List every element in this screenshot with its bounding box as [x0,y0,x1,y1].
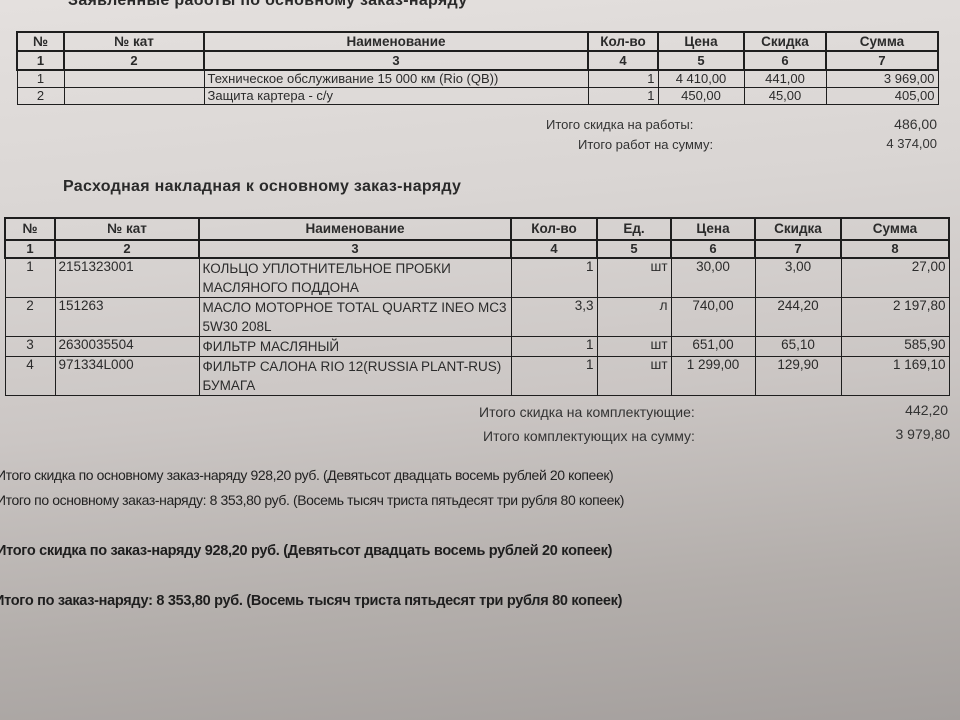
cell-unit: шт [597,258,671,298]
parts-discount-total-label: Итого скидка на комплектующие: [479,404,695,420]
parts-table: № № кат Наименование Кол-во Ед. Цена Ски… [4,217,950,396]
col-number: 6 [744,51,826,70]
main-order-discount-total: Итого скидка по основному заказ-наряду 9… [0,467,613,483]
works-table: № № кат Наименование Кол-во Цена Скидка … [16,31,939,105]
col-number: 2 [64,51,204,70]
col-number: 3 [204,51,588,70]
cell-qty: 1 [511,357,597,396]
parts-sum-total-label: Итого комплектующих на сумму: [483,428,695,444]
works-sum-total-value: 4 374,00 [886,136,937,151]
parts-section-title: Расходная накладная к основному заказ-на… [63,178,461,196]
cell-no: 1 [5,258,55,298]
col-header-name: Наименование [199,218,511,240]
table-row: 1 Техническое обслуживание 15 000 км (Ri… [17,70,938,88]
cell-sum: 405,00 [826,88,938,105]
cell-discount: 65,10 [755,337,841,357]
table-row: 4 971334L000 ФИЛЬТР САЛОНА RIO 12(RUSSIA… [5,357,949,396]
cell-sum: 2 197,80 [841,298,949,337]
col-header-no: № [5,218,55,240]
cell-cat: 151263 [55,298,199,337]
order-discount-total: Итого скидка по заказ-наряду 928,20 руб.… [0,543,612,559]
col-number: 6 [671,240,755,258]
col-number: 5 [658,51,744,70]
cell-qty: 3,3 [511,298,597,337]
col-number: 3 [199,240,511,258]
col-number: 7 [755,240,841,258]
col-header-price: Цена [671,218,755,240]
cell-cat: 2630035504 [55,337,199,357]
cell-no: 4 [5,357,55,396]
table-row: 2 Защита картера - с/у 1 450,00 45,00 40… [17,88,938,105]
col-number: 8 [841,240,949,258]
cell-qty: 1 [511,258,597,298]
cell-discount: 441,00 [744,70,826,88]
col-header-qty: Кол-во [511,218,597,240]
col-number: 2 [55,240,199,258]
cell-sum: 1 169,10 [841,357,949,396]
cell-unit: л [597,298,671,337]
works-sum-total-label: Итого работ на сумму: [578,137,713,152]
col-header-qty: Кол-во [588,32,658,51]
col-number: 1 [17,51,64,70]
cell-name: Техническое обслуживание 15 000 км (Rio … [204,70,588,88]
parts-sum-total-value: 3 979,80 [896,426,951,442]
col-header-name: Наименование [204,32,588,51]
order-grand-total: Итого по заказ-наряду: 8 353,80 руб. (Во… [0,593,622,609]
cell-discount: 3,00 [755,258,841,298]
parts-discount-total-value: 442,20 [905,402,948,418]
col-header-cat: № кат [55,218,199,240]
cell-name: ФИЛЬТР МАСЛЯНЫЙ [199,337,511,357]
cell-name: ФИЛЬТР САЛОНА RIO 12(RUSSIA PLANT-RUS) Б… [199,357,511,396]
cell-qty: 1 [588,70,658,88]
cell-sum: 27,00 [841,258,949,298]
works-table-column-numbers: 1 2 3 4 5 6 7 [17,51,938,70]
parts-table-header: № № кат Наименование Кол-во Ед. Цена Ски… [5,218,949,240]
cell-price: 740,00 [671,298,755,337]
col-header-discount: Скидка [744,32,826,51]
cell-qty: 1 [588,88,658,105]
col-header-cat: № кат [64,32,204,51]
cell-no: 1 [17,70,64,88]
cell-price: 1 299,00 [671,357,755,396]
cell-cat [64,88,204,105]
cell-unit: шт [597,337,671,357]
col-header-price: Цена [658,32,744,51]
cell-sum: 3 969,00 [826,70,938,88]
cell-price: 4 410,00 [658,70,744,88]
col-header-sum: Сумма [841,218,949,240]
works-table-header: № № кат Наименование Кол-во Цена Скидка … [17,32,938,51]
cell-name: Защита картера - с/у [204,88,588,105]
col-number: 7 [826,51,938,70]
cell-discount: 129,90 [755,357,841,396]
col-header-no: № [17,32,64,51]
cell-no: 2 [5,298,55,337]
col-header-discount: Скидка [755,218,841,240]
cell-no: 3 [5,337,55,357]
cell-price: 651,00 [671,337,755,357]
cell-price: 30,00 [671,258,755,298]
cell-cat: 2151323001 [55,258,199,298]
cell-cat [64,70,204,88]
cell-name: КОЛЬЦО УПЛОТНИТЕЛЬНОЕ ПРОБКИ МАСЛЯНОГО П… [199,258,511,298]
main-order-grand-total: Итого по основному заказ-наряду: 8 353,8… [0,492,624,508]
works-discount-total-value: 486,00 [894,116,937,132]
cell-qty: 1 [511,337,597,357]
col-number: 4 [588,51,658,70]
cell-no: 2 [17,88,64,105]
cell-cat: 971334L000 [55,357,199,396]
table-row: 2 151263 МАСЛО МОТОРНОЕ TOTAL QUARTZ INE… [5,298,949,337]
parts-table-column-numbers: 1 2 3 4 5 6 7 8 [5,240,949,258]
cell-discount: 244,20 [755,298,841,337]
table-row: 1 2151323001 КОЛЬЦО УПЛОТНИТЕЛЬНОЕ ПРОБК… [5,258,949,298]
works-discount-total-label: Итого скидка на работы: [546,117,693,132]
works-section-title: Заявленные работы по основному заказ-нар… [68,0,467,10]
col-number: 1 [5,240,55,258]
cell-discount: 45,00 [744,88,826,105]
table-row: 3 2630035504 ФИЛЬТР МАСЛЯНЫЙ 1 шт 651,00… [5,337,949,357]
col-number: 5 [597,240,671,258]
col-header-unit: Ед. [597,218,671,240]
col-number: 4 [511,240,597,258]
col-header-sum: Сумма [826,32,938,51]
cell-price: 450,00 [658,88,744,105]
cell-name: МАСЛО МОТОРНОЕ TOTAL QUARTZ INEO MC3 5W3… [199,298,511,337]
cell-sum: 585,90 [841,337,949,357]
cell-unit: шт [597,357,671,396]
